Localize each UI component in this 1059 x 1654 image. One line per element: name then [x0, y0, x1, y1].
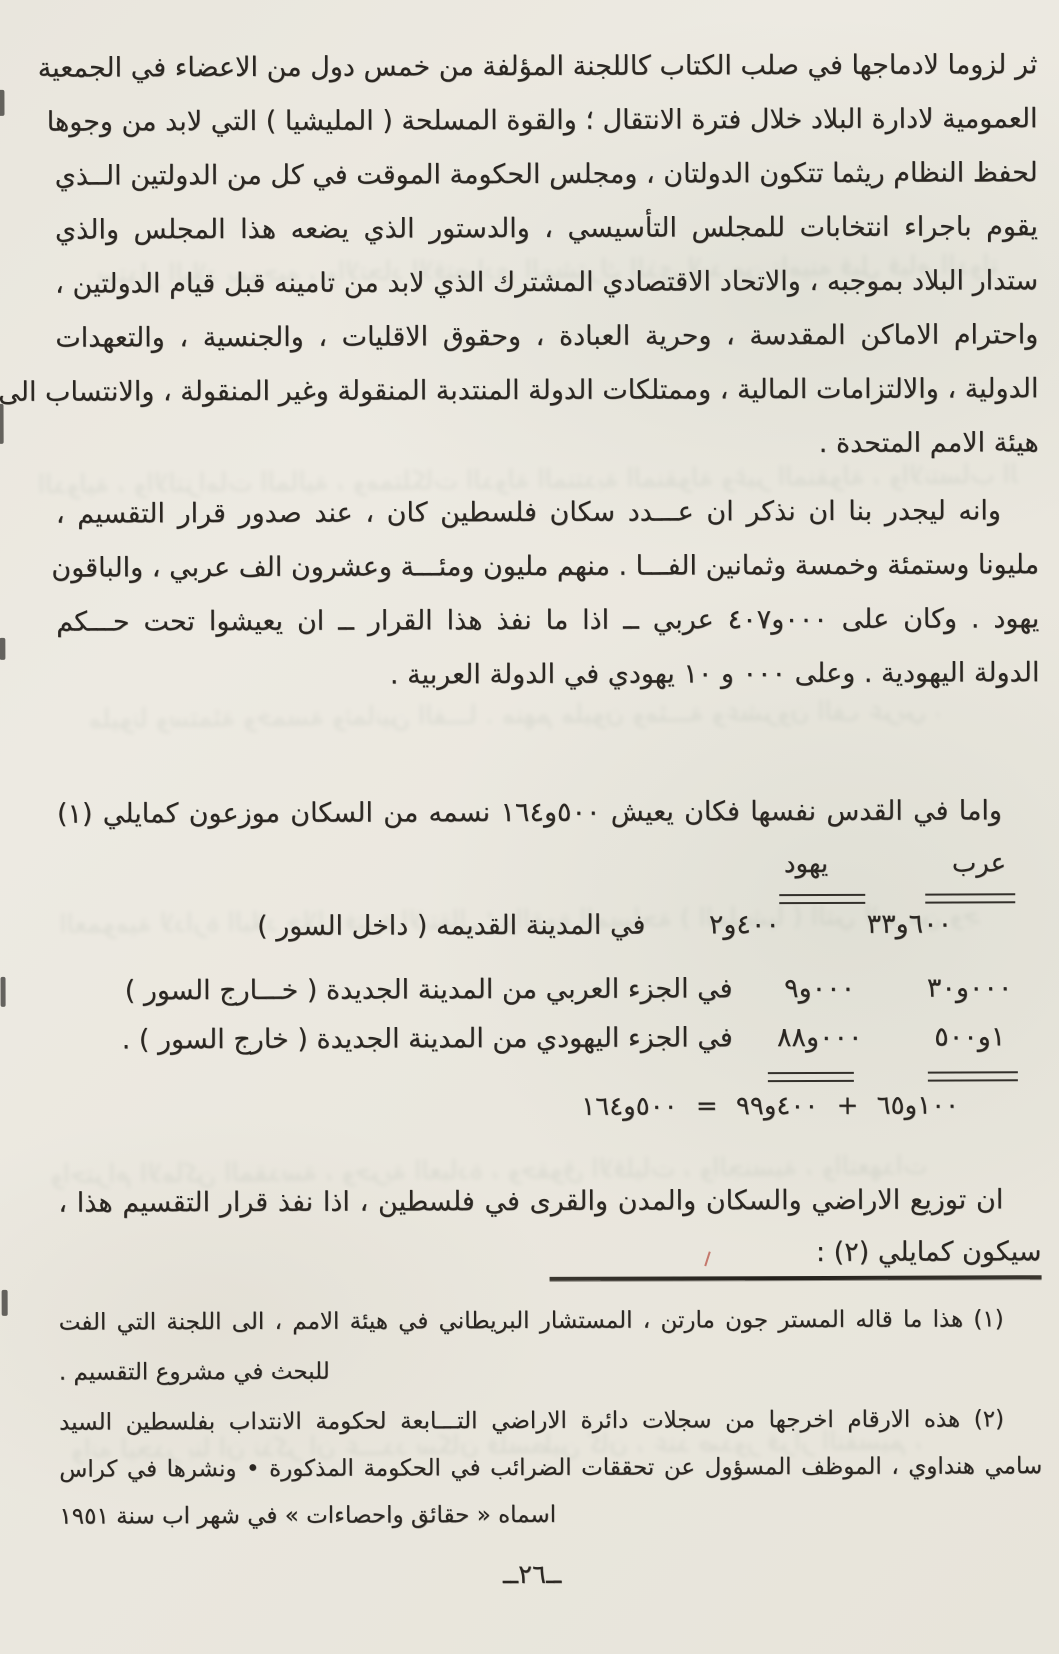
jerusalem-population-number: ١٦٤و٥٠٠ — [500, 797, 600, 828]
text-segment: الدولة اليهودية . وعلى — [786, 657, 1040, 689]
footnote-line: للبحث في مشروع التقسيم . — [59, 1344, 1042, 1397]
text-line: واحترام الاماكن المقدسة ، وحرية العبادة … — [55, 308, 1038, 365]
footnote-line: اسماه « حقائق واحصاءات » في شهر اب سنة ١… — [59, 1490, 1042, 1540]
paragraph-2: وانه ليجدر بنا ان نذكر ان عـــدد سكان فل… — [56, 484, 1040, 703]
footnote-1: (١) هذا ما قاله المستر جون مارتن ، المست… — [59, 1294, 1042, 1397]
table-row: ٣٣و٦٠٠ ٢و٤٠٠ في المدينة القديمه ( داخل ا… — [57, 903, 1040, 948]
arabs-count: ٣٣و٦٠٠ — [853, 903, 965, 945]
column-header-arabs: عرب — [952, 843, 1006, 883]
column-header-jews: يهود — [784, 844, 828, 884]
text-line: ثر لزوما لادماجها في صلب الكتاب كاللجنة … — [54, 38, 1037, 95]
text-segment: نسمه من السكان موزعون كمايلي (١) — [57, 797, 501, 830]
text-line: يهود . وكان على ٤٠٧و٠٠٠ عربي ــ اذا ما ن… — [56, 592, 1039, 649]
scan-edge-artifact — [0, 404, 4, 444]
text-line: ان توزيع الاراضي والسكان والمدن والقرى ف… — [58, 1174, 1041, 1229]
paragraph-4: ان توزيع الاراضي والسكان والمدن والقرى ف… — [58, 1174, 1041, 1281]
table-row: ٥٠٠و١ ٨٨و٠٠٠ في الجزء اليهودي من المدينة… — [58, 1016, 1041, 1061]
scanned-book-page: ستدار البلاد بموجبه ، والاتحاد الاقتصادي… — [0, 0, 1059, 1654]
jews-count: ٨٨و٠٠٠ — [764, 1017, 876, 1059]
jews-count: ٢و٤٠٠ — [688, 904, 800, 946]
text-segment: يهود . وكان على — [828, 603, 1040, 635]
text-line: لحفظ النظام ريثما تتكون الدولتان ، ومجلس… — [55, 146, 1038, 203]
row-label: في الجزء اليهودي من المدينة الجديدة ( خا… — [58, 1017, 733, 1061]
text-line: ستدار البلاد بموجبه ، والاتحاد الاقتصادي… — [55, 254, 1038, 311]
page-content: ستدار البلاد بموجبه ، والاتحاد الاقتصادي… — [0, 0, 1059, 1654]
scan-edge-artifact — [0, 90, 5, 116]
footnote-line: (٢) هذه الارقام اخرجها من سجلات دائرة ال… — [59, 1396, 1042, 1446]
scan-edge-artifact — [0, 638, 5, 660]
row-label: في الجزء العربي من المدينة الجديدة ( خــ… — [57, 968, 732, 1012]
text-line: واما في القدس نفسها فكان يعيش ١٦٤و٥٠٠ نس… — [57, 784, 1040, 841]
scan-edge-artifact — [1, 977, 6, 1007]
text-segment: عربي ــ اذا ما نفذ هذا القرار ــ ان يعيش… — [56, 604, 727, 637]
jews-count: ٩و٠٠٠ — [763, 968, 875, 1010]
text-segment: يهودي في الدولة العربية . — [390, 658, 684, 690]
text-line: وانه ليجدر بنا ان نذكر ان عـــدد سكان فل… — [56, 484, 1039, 541]
sum-rule-arabs — [928, 1071, 1018, 1081]
header-rule-arabs — [925, 893, 1015, 903]
scan-edge-artifact — [2, 1290, 8, 1316]
text-line: مليونا وستمئة وخمسة وثمانين الفـــا . من… — [56, 538, 1039, 595]
footnote-line: (١) هذا ما قاله المستر جون مارتن ، المست… — [59, 1294, 1042, 1347]
population-table: عرب يهود ٣٣و٦٠٠ ٢و٤٠٠ في المدينة القديمه… — [57, 843, 1041, 1146]
sum-rule-jews — [768, 1072, 854, 1082]
footnote-line: سامي هنداوي ، الموظف المسؤول عن تحققات ا… — [59, 1443, 1042, 1493]
text-line: يقوم باجراء انتخابات للمجلس التأسيسي ، و… — [55, 200, 1038, 257]
text-line: الدولة اليهودية . وعلى ١٠ و ٠٠٠ يهودي في… — [56, 646, 1039, 703]
arabs-count: ٣٠و٠٠٠ — [913, 967, 1025, 1009]
text-line: العمومية لادارة البلاد خلال فترة الانتقا… — [54, 92, 1037, 149]
totals-equation: ١٦٤و٥٠٠ = ٩٩و٤٠٠ + ٦٥و١٠٠ — [581, 1085, 959, 1128]
paragraph-3: واما في القدس نفسها فكان يعيش ١٦٤و٥٠٠ نس… — [57, 784, 1040, 841]
table-row: ٣٠و٠٠٠ ٩و٠٠٠ في الجزء العربي من المدينة … — [57, 967, 1040, 1012]
arabs-count: ٥٠٠و١ — [914, 1016, 1026, 1058]
population-number-arabs-jewish-state: ٤٠٧و٠٠٠ — [728, 604, 828, 635]
population-number-jews-arab-state: ١٠ و ٠٠٠ — [683, 658, 786, 689]
row-label: في المدينة القديمه ( داخل السور ) — [57, 905, 645, 949]
text-line: الدولية ، والالتزامات المالية ، وممتلكات… — [55, 362, 1038, 419]
paragraph-1: ثر لزوما لادماجها في صلب الكتاب كاللجنة … — [54, 38, 1039, 473]
page-number: ــ٢٦ــ — [3, 1558, 1059, 1592]
footnote-separator-rule — [550, 1275, 1042, 1281]
text-segment: واما في القدس نفسها فكان يعيش — [600, 795, 1002, 827]
header-rule-jews — [779, 894, 865, 904]
text-line: هيئة الامم المتحدة . — [56, 416, 1039, 473]
text-line: سيكون كمايلي (٢) : — [58, 1226, 1041, 1281]
footnote-2: (٢) هذه الارقام اخرجها من سجلات دائرة ال… — [59, 1396, 1042, 1540]
